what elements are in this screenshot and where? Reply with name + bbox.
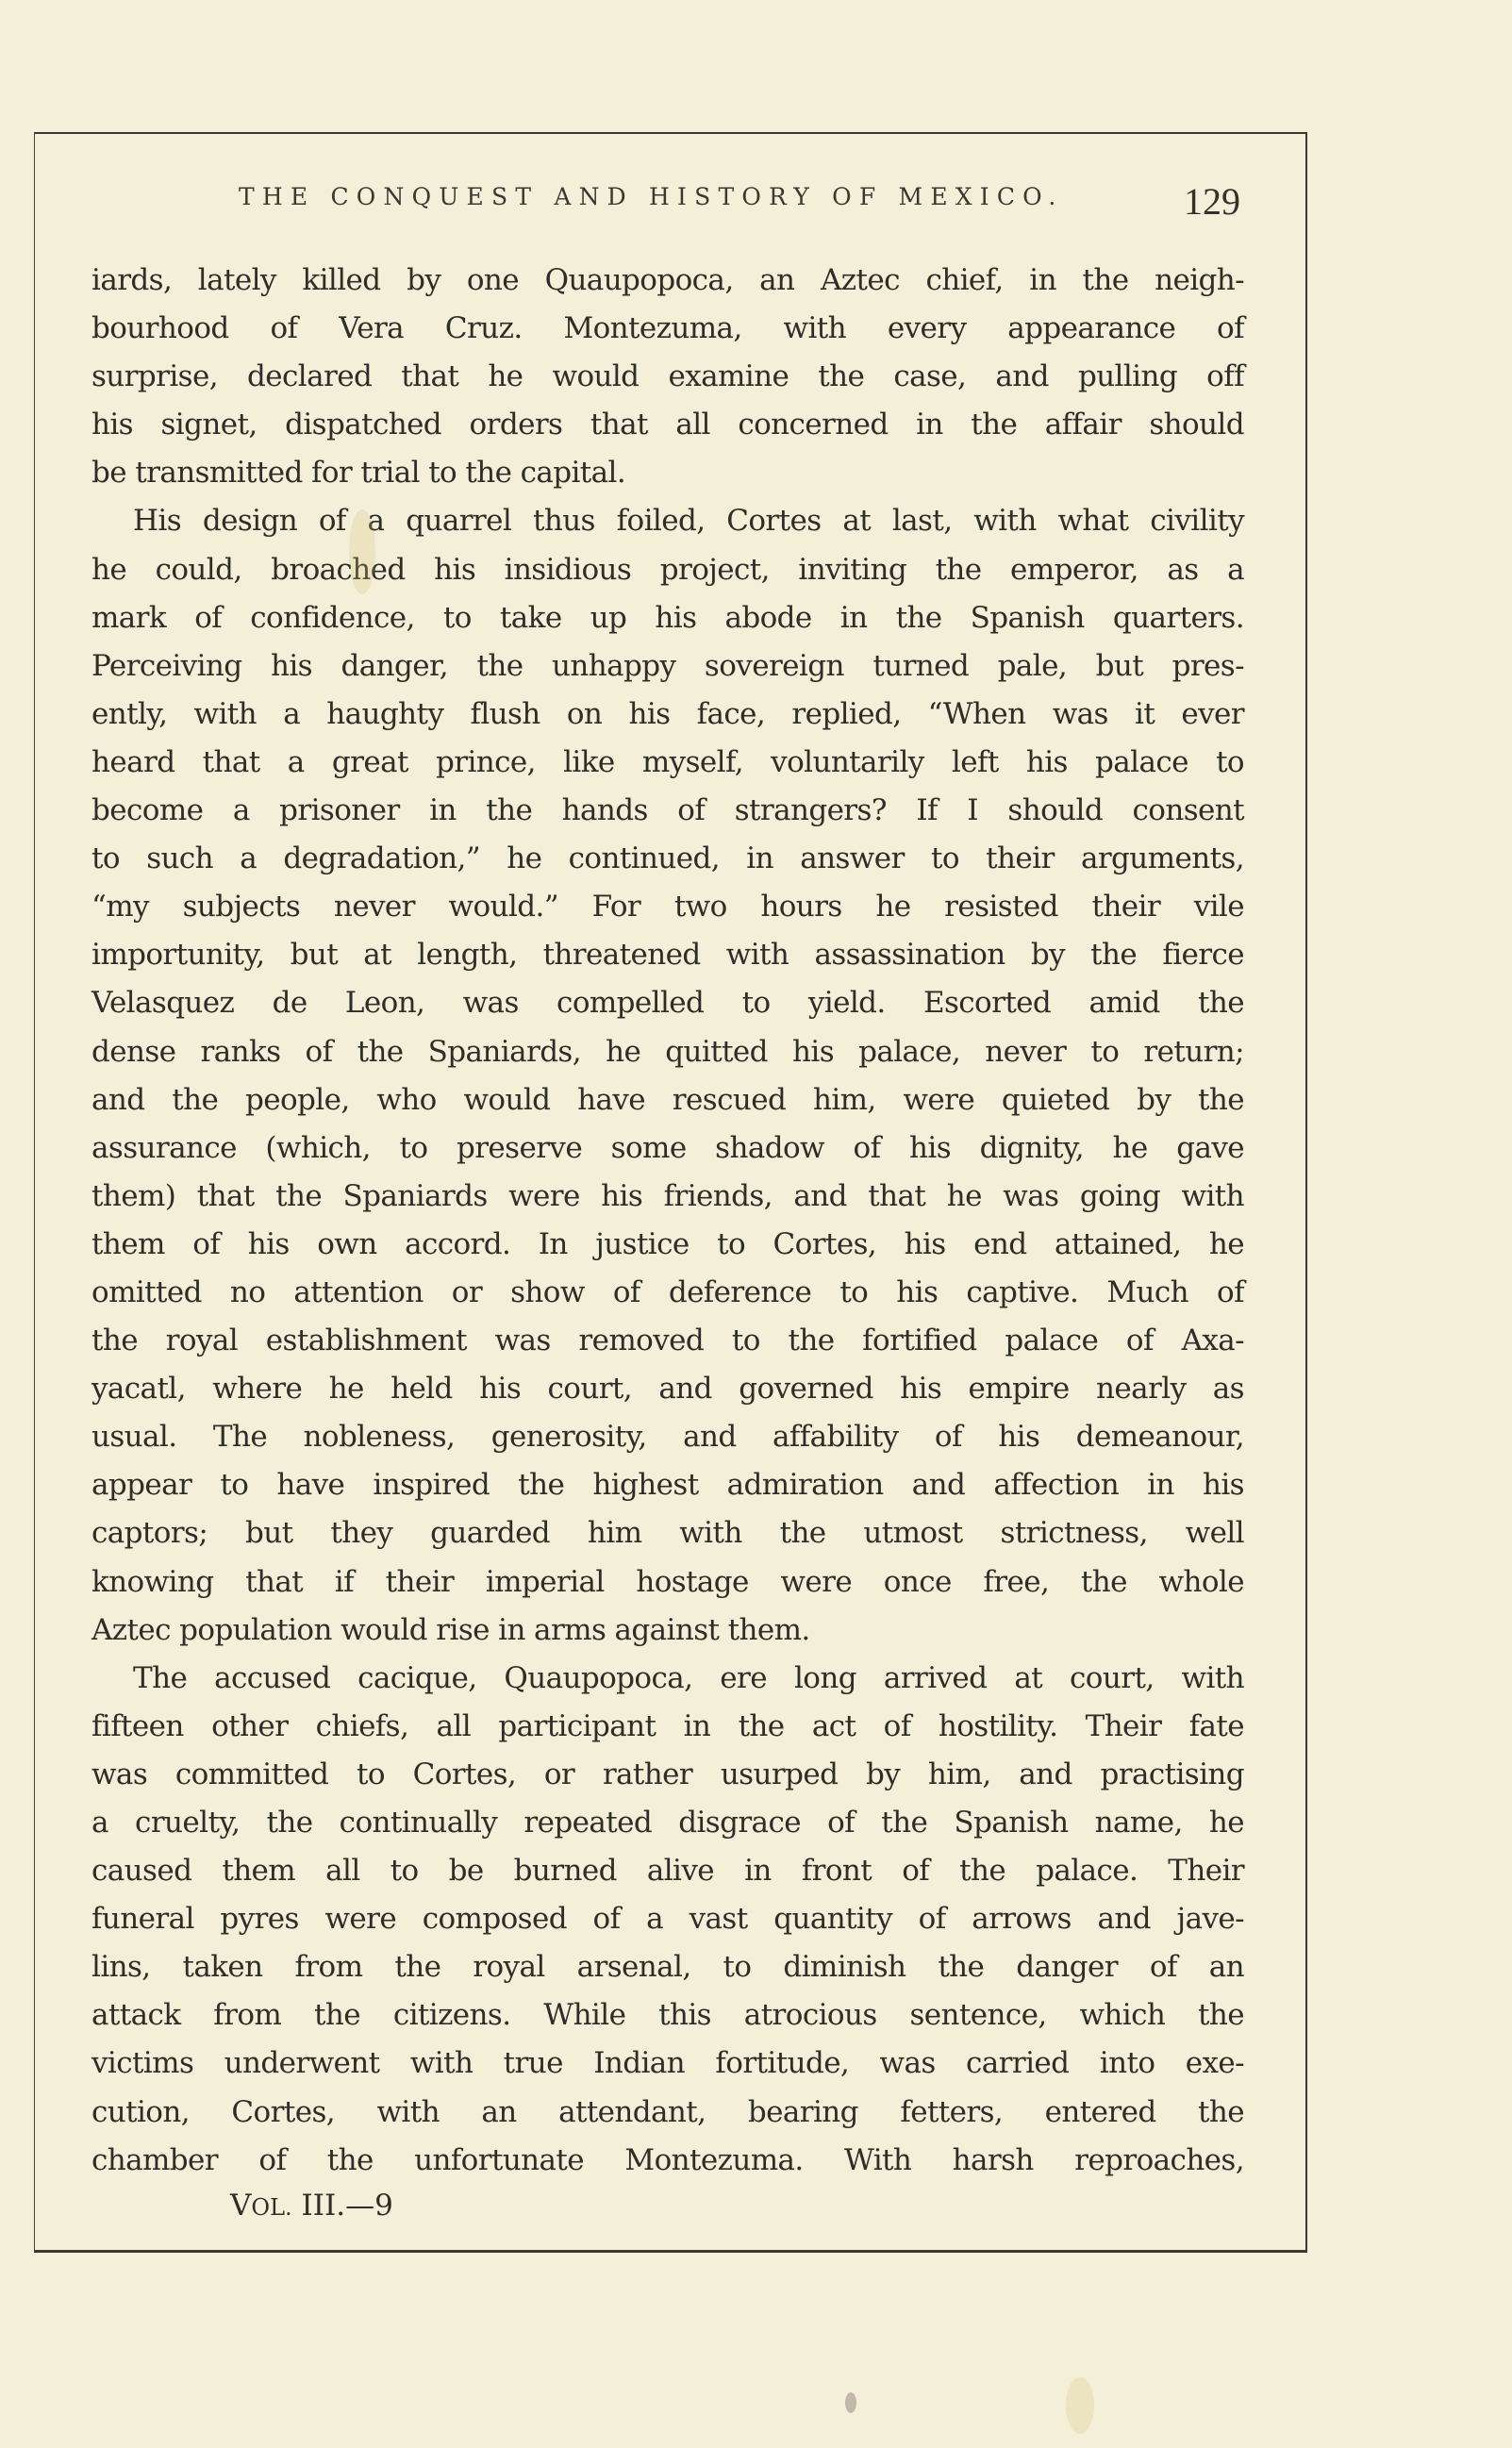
volume-signature: VOL. III.—9 [230,2189,393,2223]
text-line: he could, broached his insidious project… [91,546,1244,594]
text-line: the royal establishment was removed to t… [91,1317,1244,1365]
text-line: omitted no attention or show of deferenc… [91,1269,1244,1317]
signature-cap: V [230,2189,251,2223]
text-line: to such a degradation,” he continued, in… [91,835,1244,883]
text-line: yacatl, where he held his court, and gov… [91,1365,1244,1413]
text-line: victims underwent with true Indian forti… [91,2040,1244,2088]
body-text: iards, lately killed by one Quaupopoca, … [91,257,1244,2185]
ink-spot [845,2392,856,2413]
text-line: a cruelty, the continually repeated disg… [91,1799,1244,1847]
text-line: assurance (which, to preserve some shado… [91,1124,1244,1173]
signature-rest: III.—9 [292,2189,393,2223]
paper-stain [1066,2377,1094,2434]
text-line: iards, lately killed by one Quaupopoca, … [91,257,1244,305]
text-line: was committed to Cortes, or rather usurp… [91,1751,1244,1799]
text-line: his signet, dispatched orders that all c… [91,401,1244,449]
text-line: “my subjects never would.” For two hours… [91,883,1244,931]
text-line: chamber of the unfortunate Montezuma. Wi… [91,2137,1244,2185]
text-line: become a prisoner in the hands of strang… [91,787,1244,835]
text-line: caused them all to be burned alive in fr… [91,1847,1244,1895]
text-line: knowing that if their imperial hostage w… [91,1558,1244,1607]
paragraph-start-line: The accused cacique, Quaupopoca, ere lon… [91,1655,1244,1703]
running-head: THE CONQUEST AND HISTORY OF MEXICO. [239,183,1064,210]
text-line: mark of confidence, to take up his abode… [91,594,1244,642]
text-line: bourhood of Vera Cruz. Montezuma, with e… [91,305,1244,353]
text-line: usual. The nobleness, generosity, and af… [91,1413,1244,1461]
signature-smallcaps: OL. [251,2194,291,2221]
text-line: be transmitted for trial to the capital. [91,449,1244,497]
text-line: captors; but they guarded him with the u… [91,1509,1244,1557]
paragraph-start-line: His design of a quarrel thus foiled, Cor… [91,497,1244,545]
text-line: them) that the Spaniards were his friend… [91,1173,1244,1221]
text-line: dense ranks of the Spaniards, he quitted… [91,1028,1244,1076]
page-number: 129 [1184,179,1240,224]
text-line: heard that a great prince, like myself, … [91,739,1244,787]
text-line: surprise, declared that he would examine… [91,353,1244,401]
text-line: and the people, who would have rescued h… [91,1076,1244,1124]
text-line: ently, with a haughty flush on his face,… [91,691,1244,739]
text-line: them of his own accord. In justice to Co… [91,1221,1244,1269]
text-line: funeral pyres were composed of a vast qu… [91,1895,1244,1943]
text-line: appear to have inspired the highest admi… [91,1461,1244,1509]
text-line: cution, Cortes, with an attendant, beari… [91,2089,1244,2137]
text-line: Velasquez de Leon, was compelled to yiel… [91,979,1244,1027]
text-line: Perceiving his danger, the unhappy sover… [91,642,1244,691]
text-line: importunity, but at length, threatened w… [91,931,1244,979]
text-line: lins, taken from the royal arsenal, to d… [91,1943,1244,1991]
paper-stain [349,509,375,594]
text-line: fifteen other chiefs, all participant in… [91,1703,1244,1751]
text-line: attack from the citizens. While this atr… [91,1991,1244,2040]
text-line: Aztec population would rise in arms agai… [91,1607,1244,1655]
